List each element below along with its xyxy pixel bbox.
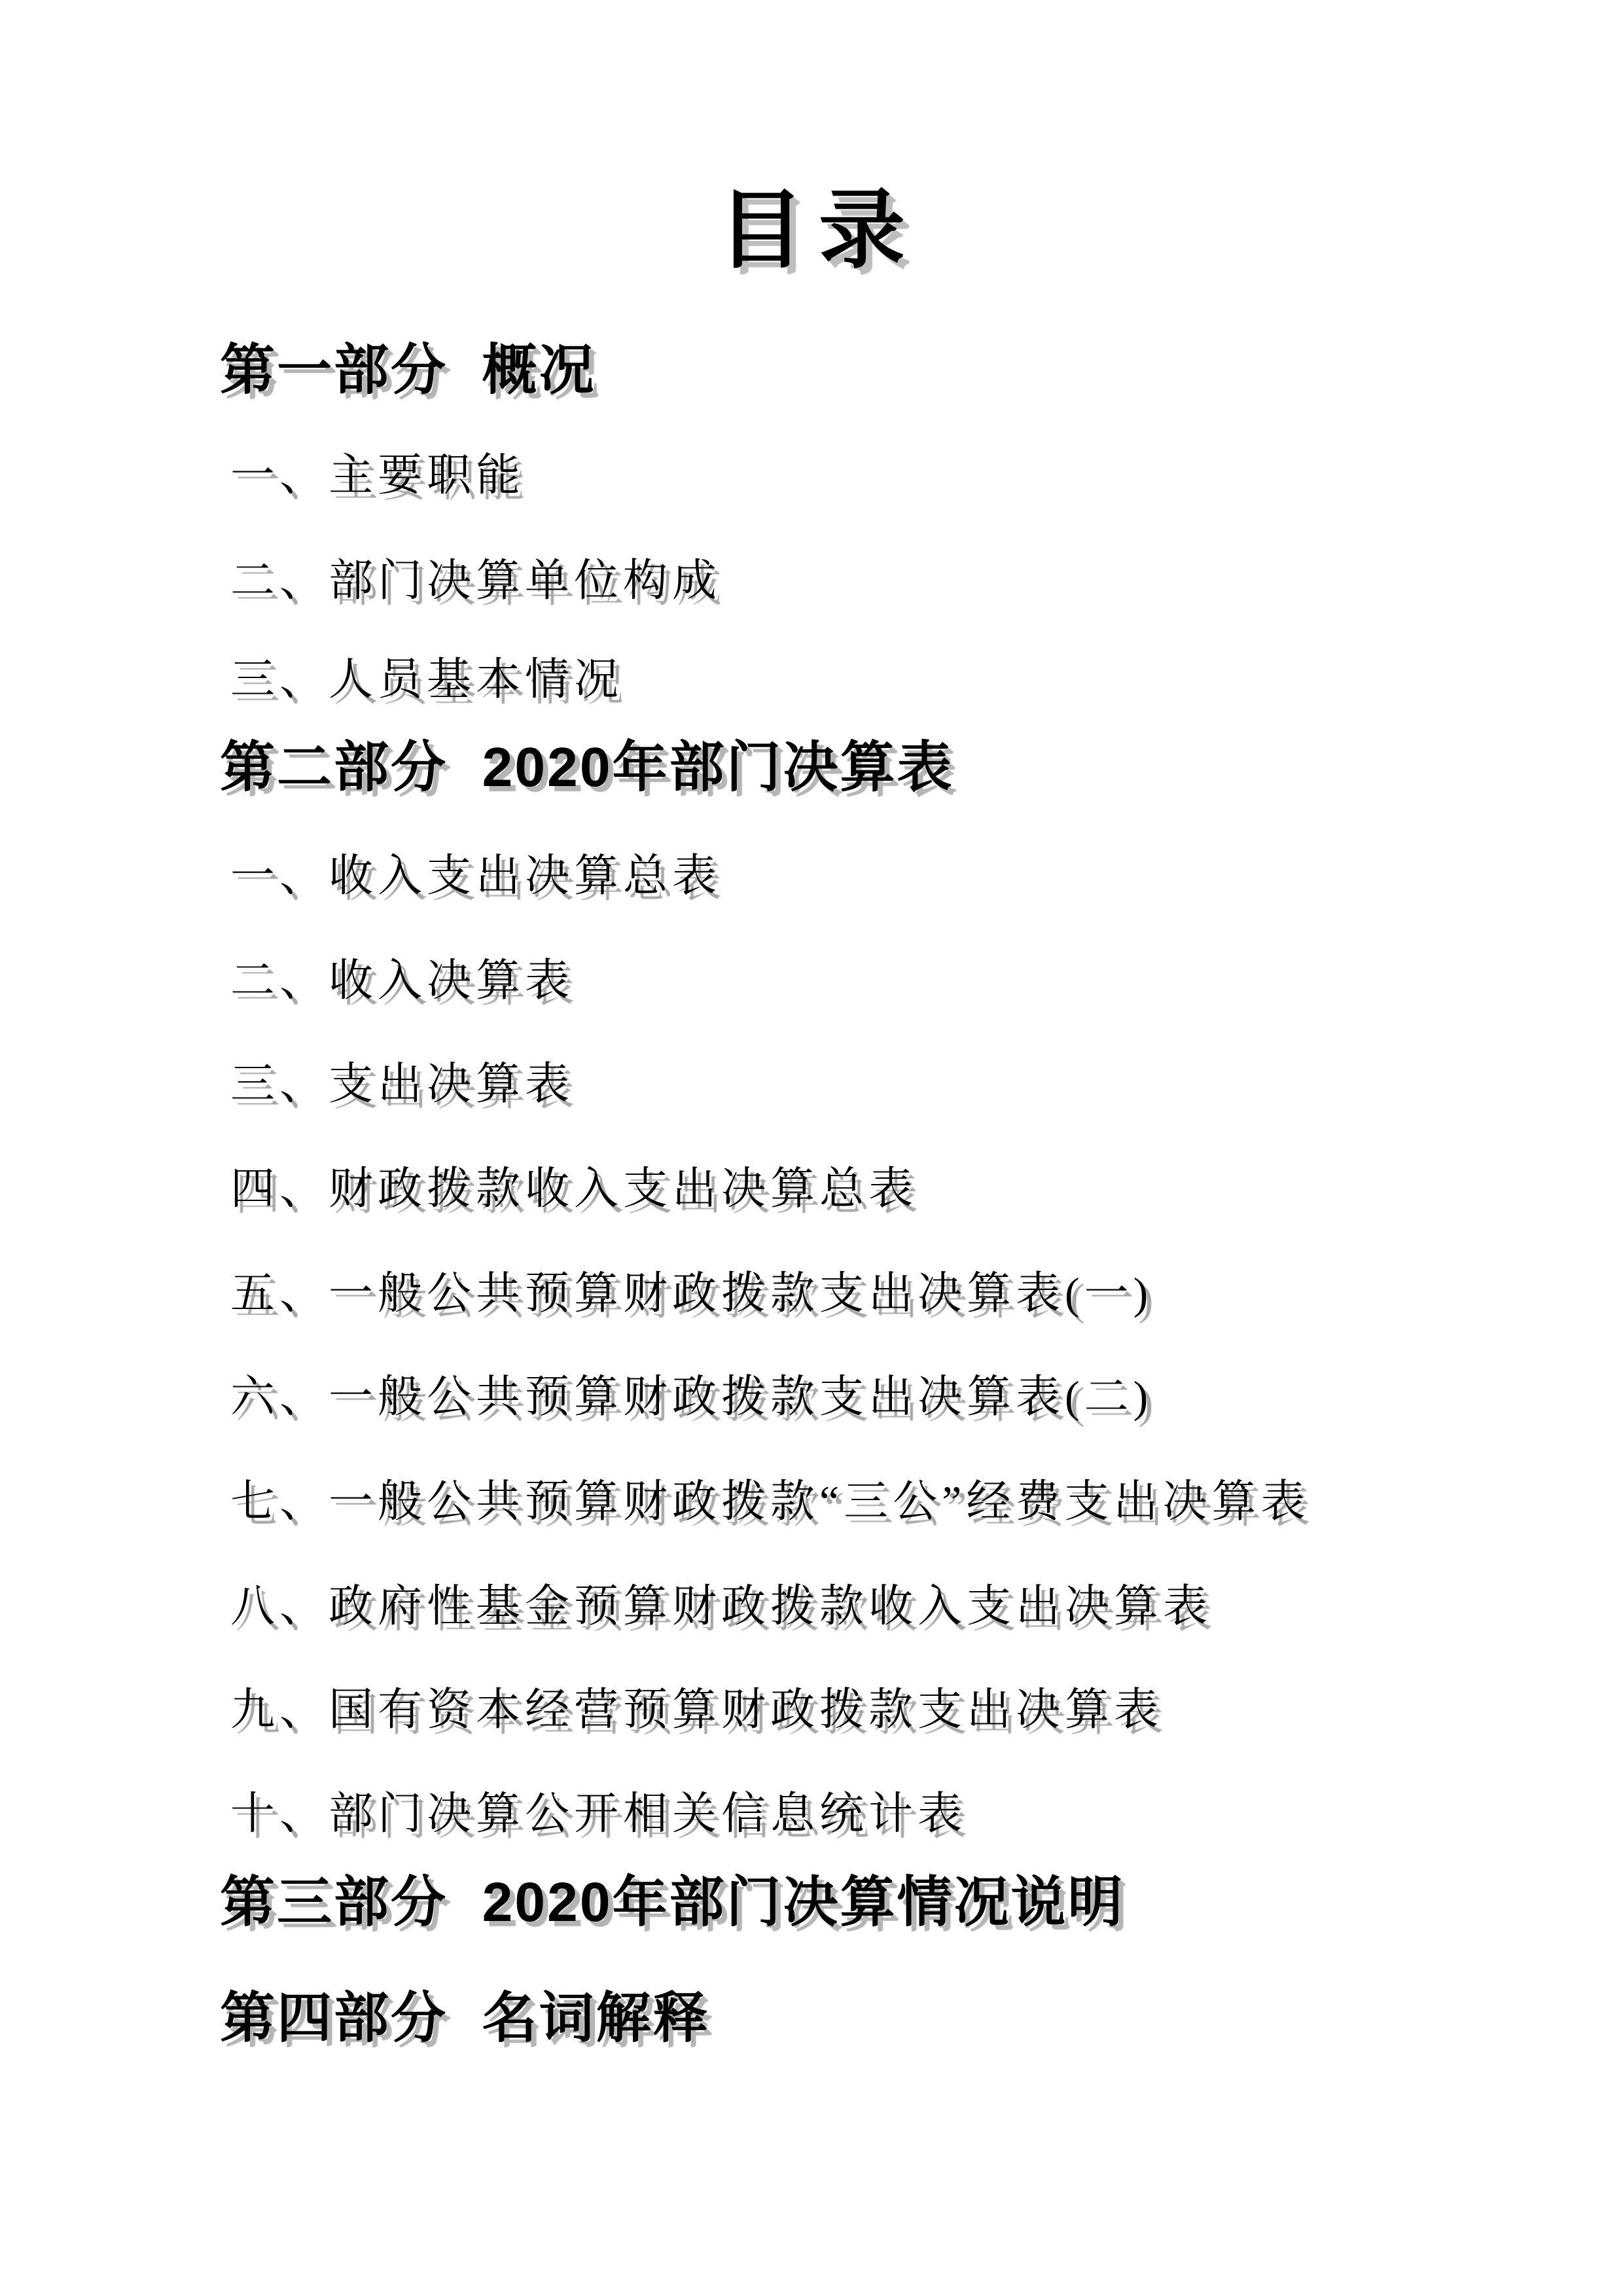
toc-item-s2-3: 三、支出决算表 [230,1058,574,1111]
toc-item-s1-1: 一、主要职能 [230,449,525,503]
section-1-heading: 第一部分 概况 [220,337,596,403]
toc-item-s2-9: 九、国有资本经营预算财政拨款支出决算表 [230,1683,1163,1737]
toc-item-s1-3: 三、人员基本情况 [230,653,623,707]
toc-item-s2-1: 一、收入支出决算总表 [230,850,721,903]
section-2-heading: 第二部分 2020年部门决算表 [220,734,954,800]
section-3-heading: 第三部分 2020年部门决算情况说明 [220,1869,1125,1935]
toc-item-s2-7: 七、一般公共预算财政拨款“三公”经费支出决算表 [230,1475,1310,1529]
document-page: 目录 第一部分 概况 一、主要职能 二、部门决算单位构成 三、人员基本情况 第二… [0,0,1623,2296]
toc-item-s2-8: 八、政府性基金预算财政拨款收入支出决算表 [230,1580,1212,1634]
toc-item-s2-6: 六、一般公共预算财政拨款支出决算表(二) [230,1371,1152,1424]
toc-title: 目录 [0,181,1623,280]
toc-item-s1-2: 二、部门决算单位构成 [230,554,721,608]
section-4-heading: 第四部分 名词解释 [220,1985,710,2051]
toc-item-s2-4: 四、财政拨款收入支出决算总表 [230,1162,918,1216]
toc-item-s2-5: 五、一般公共预算财政拨款支出决算表(一) [230,1267,1152,1321]
toc-item-s2-10: 十、部门决算公开相关信息统计表 [230,1787,967,1841]
toc-item-s2-2: 二、收入决算表 [230,954,574,1008]
